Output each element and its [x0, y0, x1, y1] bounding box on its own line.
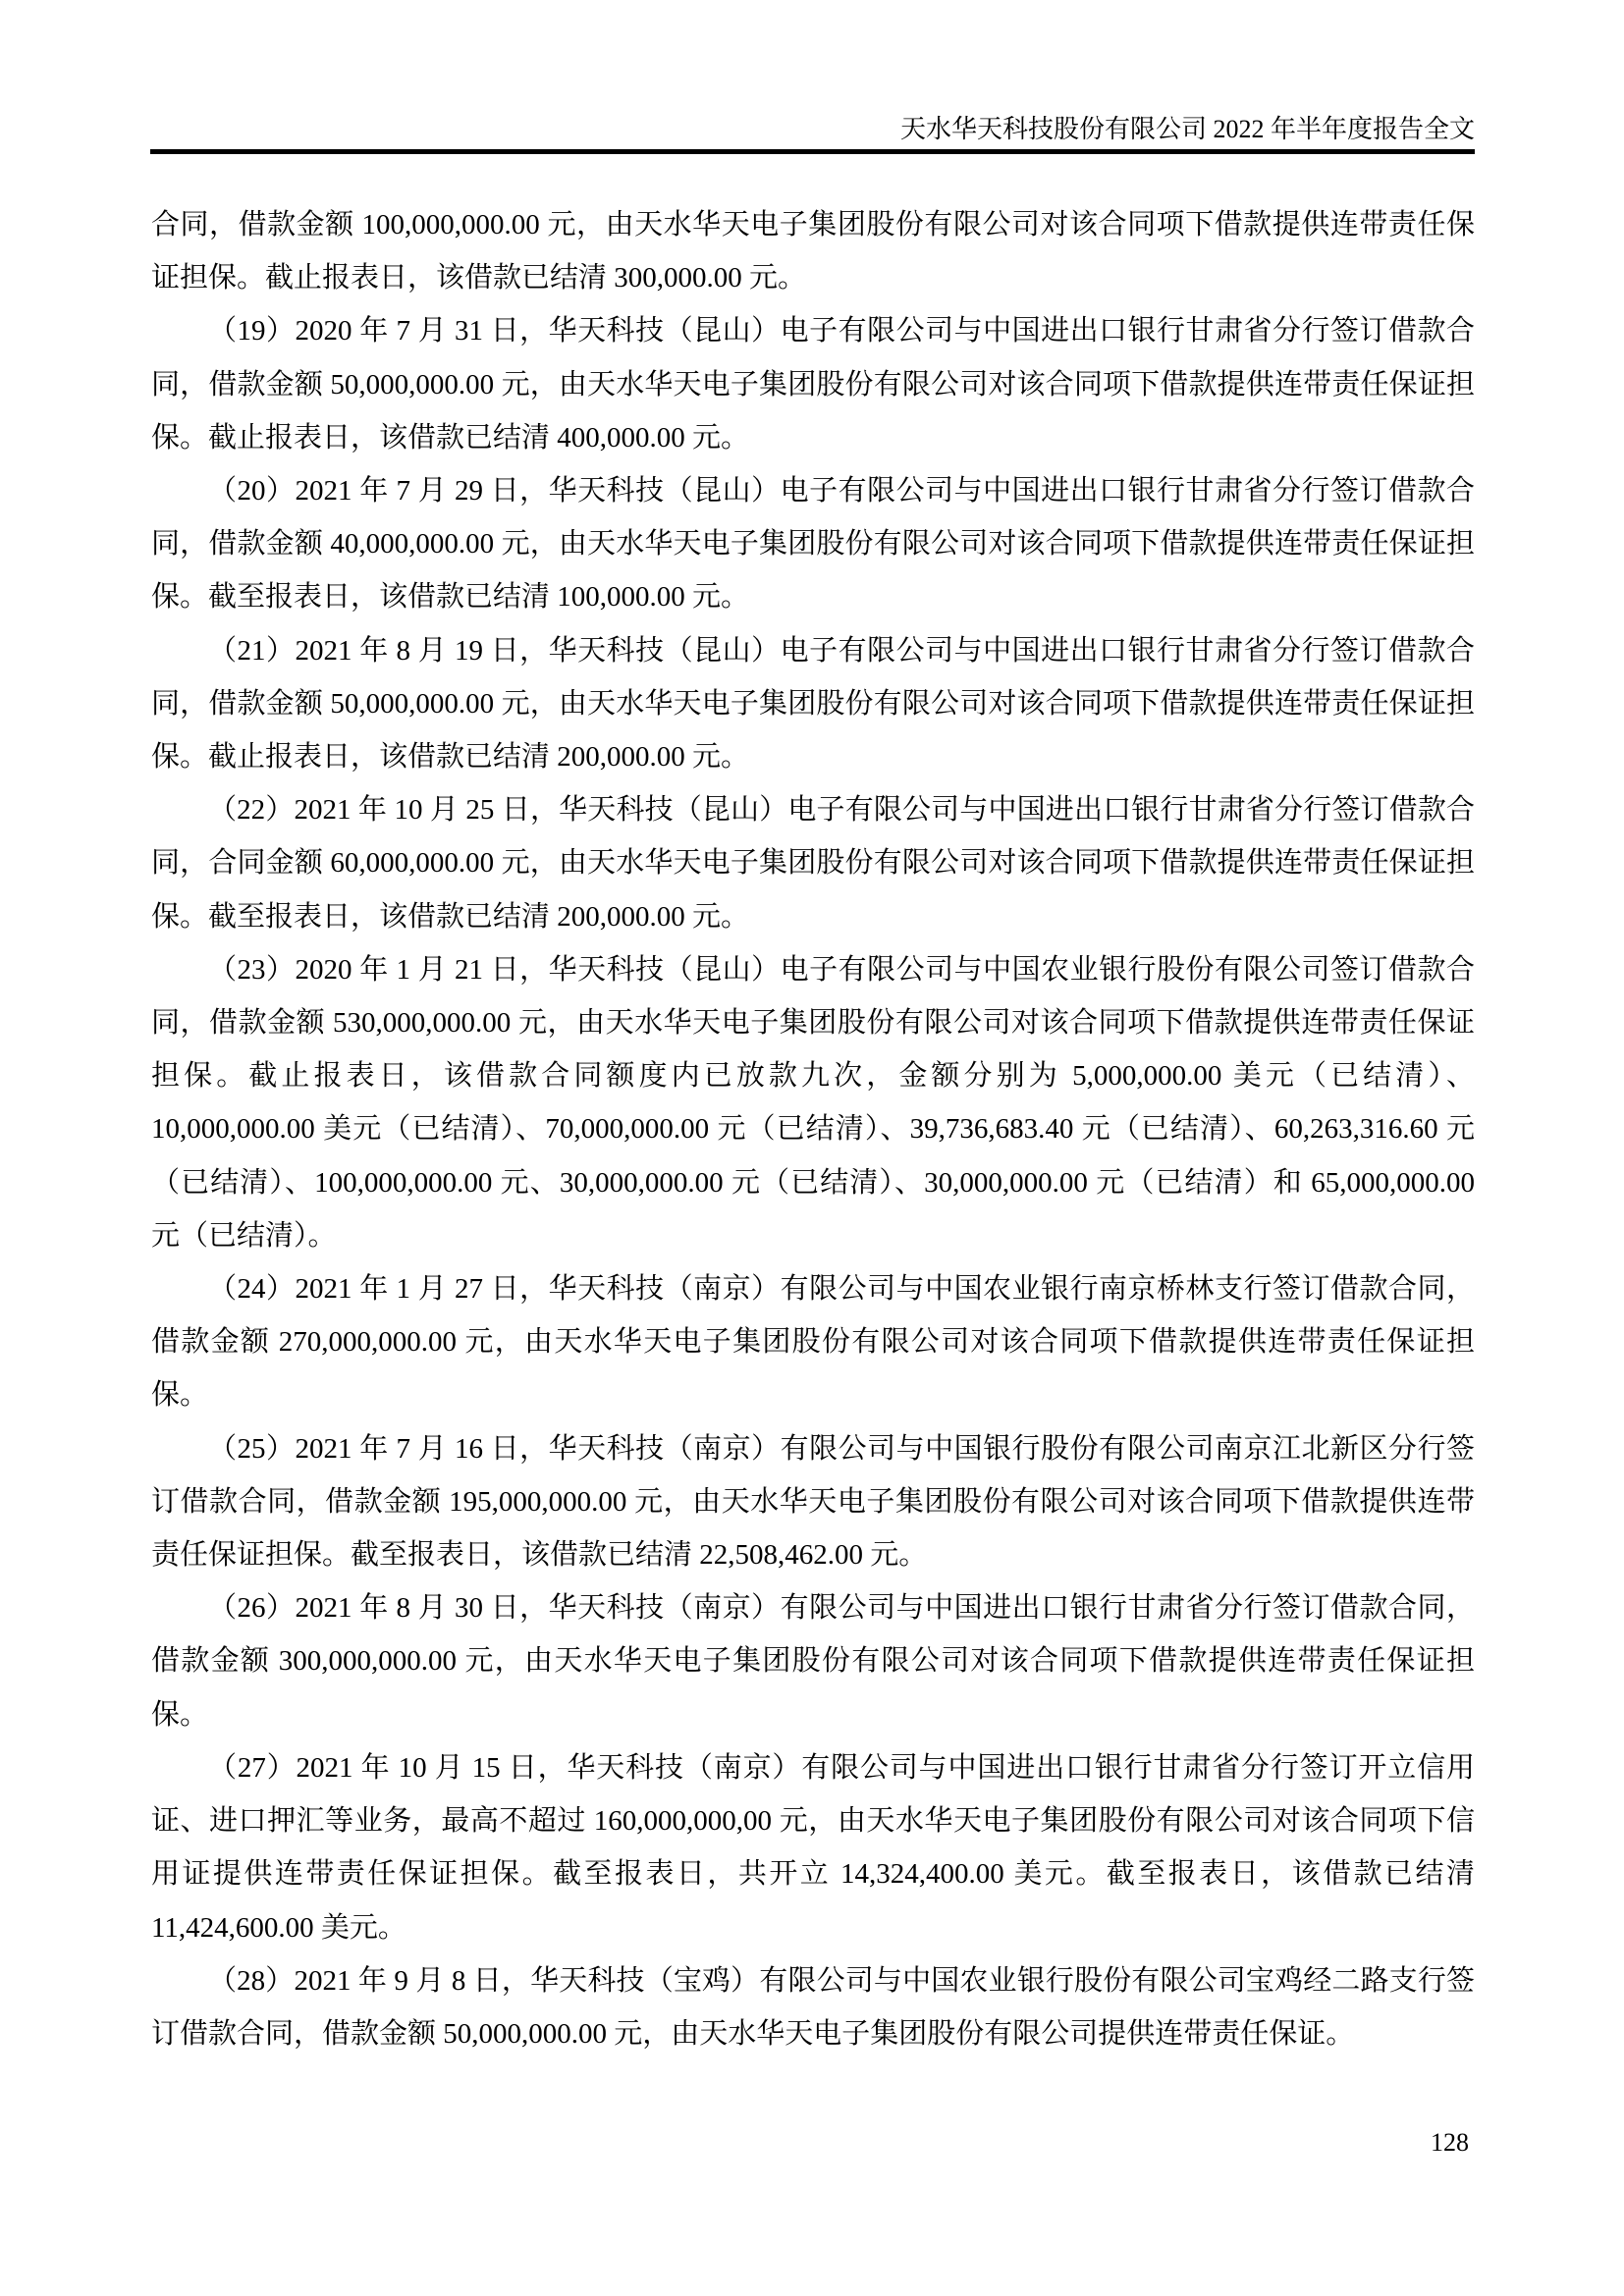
paragraph: （21）2021 年 8 月 19 日，华天科技（昆山）电子有限公司与中国进出口…	[151, 624, 1475, 784]
paragraph: （25）2021 年 7 月 16 日，华天科技（南京）有限公司与中国银行股份有…	[151, 1422, 1475, 1582]
page-number: 128	[1431, 2128, 1469, 2157]
paragraph: （19）2020 年 7 月 31 日，华天科技（昆山）电子有限公司与中国进出口…	[151, 304, 1475, 464]
paragraph: （23）2020 年 1 月 21 日，华天科技（昆山）电子有限公司与中国农业银…	[151, 943, 1475, 1262]
paragraph: （20）2021 年 7 月 29 日，华天科技（昆山）电子有限公司与中国进出口…	[151, 464, 1475, 624]
page-footer: 128	[1431, 2128, 1469, 2158]
header-rule	[150, 149, 1475, 154]
page-header: 天水华天科技股份有限公司 2022 年半年度报告全文	[151, 114, 1475, 145]
paragraph: （24）2021 年 1 月 27 日，华天科技（南京）有限公司与中国农业银行南…	[151, 1262, 1475, 1422]
paragraph: （22）2021 年 10 月 25 日，华天科技（昆山）电子有限公司与中国进出…	[151, 783, 1475, 943]
paragraph: 合同，借款金额 100,000,000.00 元，由天水华天电子集团股份有限公司…	[151, 198, 1475, 304]
paragraph: （27）2021 年 10 月 15 日，华天科技（南京）有限公司与中国进出口银…	[151, 1741, 1475, 1954]
paragraph: （26）2021 年 8 月 30 日，华天科技（南京）有限公司与中国进出口银行…	[151, 1581, 1475, 1741]
report-body: 合同，借款金额 100,000,000.00 元，由天水华天电子集团股份有限公司…	[151, 198, 1475, 2060]
paragraph: （28）2021 年 9 月 8 日，华天科技（宝鸡）有限公司与中国农业银行股份…	[151, 1954, 1475, 2060]
header-title: 天水华天科技股份有限公司 2022 年半年度报告全文	[900, 115, 1475, 143]
